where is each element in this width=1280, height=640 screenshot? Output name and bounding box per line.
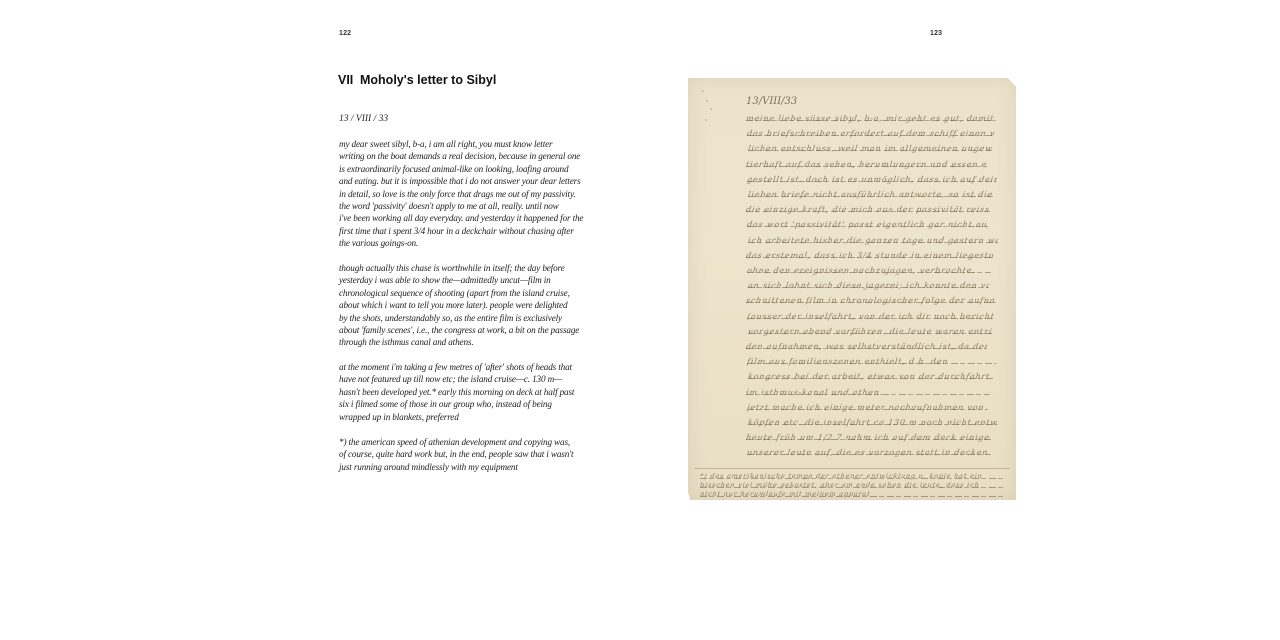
letter-footnote: *) the american speed of athenian develo… [339, 436, 599, 473]
handwritten-line: lieben briefe nicht ausführlich antworte… [747, 190, 995, 200]
text-line: i've been working all day everyday. and … [339, 212, 599, 224]
text-line: six i filmed some of those in our group … [339, 398, 599, 410]
handwritten-line: das wort 'passivität' passt eigentlich g… [746, 220, 988, 230]
handwritten-line: ohne den ereignissen nachzujagen, verbra… [746, 266, 991, 276]
text-line: chronological sequence of shooting (apar… [339, 287, 599, 299]
handwritten-line: gestellt ist. doch ist es unmöglich, das… [746, 175, 997, 185]
text-line: hasn't been developed yet.* early this m… [339, 386, 599, 398]
handwritten-line: unserer leute auf, die es vorzogen statt… [746, 448, 991, 458]
text-line: through the isthmus canal and athens. [339, 336, 599, 348]
handwritten-line: ich arbeitete bisher die ganzen tage und… [747, 236, 998, 246]
paper-speck [706, 100, 708, 102]
chapter-number: VII [338, 73, 360, 87]
text-line: by the shots, understandably so, as the … [339, 312, 599, 324]
text-line: about which i want to tell you more late… [339, 299, 599, 311]
handwritten-line: kongress bei der arbeit, etwas von der d… [747, 372, 995, 382]
letter-paragraph-3: at the moment i'm taking a few metres of… [339, 361, 599, 423]
text-line: about 'family scenes', i.e., the congres… [339, 324, 599, 336]
letter-date: 13 / VIII / 33 [339, 114, 388, 124]
right-page-number: 123 [930, 30, 942, 37]
handwritten-line: an sich lohnt sich diese jagerei; ich ko… [747, 281, 989, 291]
chapter-title-text: Moholy's letter to Sibyl [360, 73, 496, 87]
text-line: yesterday i was able to show the—admitte… [339, 274, 599, 286]
text-line: of course, quite hard work but, in the e… [339, 448, 599, 460]
text-line: just running around mindlessly with my e… [339, 461, 599, 473]
handwritten-line: im isthmus-kanal und athen. [745, 388, 990, 398]
handwritten-line: köpfen etc. die inselfahrt ca 130 m noch… [747, 418, 998, 428]
text-line: is extraordinarily focused animal-like o… [339, 163, 599, 175]
text-line: have not featured up till now etc; the i… [339, 373, 599, 385]
paper-speck [702, 90, 704, 92]
text-line: and eating. but it is impossible that i … [339, 175, 599, 187]
paper-speck [710, 108, 712, 110]
handwritten-line: schnittenen film in chronologischer folg… [745, 296, 996, 306]
handwritten-line: jetzt mache ich einige meter nachaufnahm… [746, 403, 988, 413]
handwritten-line: (ausser der inselfahrt, von der ich dir … [746, 312, 994, 322]
handwritten-line: film aus familienszenen enthielt, d.h. d… [746, 357, 997, 367]
handwritten-footnote-line: nicht nur herumlaufe mit meinem apparat [699, 490, 1005, 500]
handwritten-line: lichen entschluss, weil man im allgemein… [747, 144, 992, 154]
handwritten-line: vorgestern abend vorführen. die leute wa… [747, 327, 992, 337]
paper-speck [705, 119, 707, 121]
handwritten-line: heute früh um 1/2 7 nahm ich auf dem dec… [745, 433, 993, 443]
text-line: the word 'passivity' doesn't apply to me… [339, 200, 599, 212]
text-line: my dear sweet sibyl, b-a, i am all right… [339, 138, 599, 150]
handwritten-line: tierhaft auf das sehen, herumlungern und… [745, 160, 987, 170]
text-line: *) the american speed of athenian develo… [339, 436, 599, 448]
text-line: first time that i spent 3/4 hour in a de… [339, 225, 599, 237]
letter-paragraph-2: though actually this chase is worthwhile… [339, 262, 599, 349]
text-line: though actually this chase is worthwhile… [339, 262, 599, 274]
text-line: writing on the boat demands a real decis… [339, 150, 599, 162]
handwritten-line: meine liebe süsse sibyl, b-a, mir geht e… [745, 114, 996, 124]
handwritten-line: das briefschreiben erfordert auf dem sch… [746, 129, 994, 139]
handwritten-line: den aufnahmen, was selbstverständlich is… [745, 342, 987, 352]
chapter-title: VIIMoholy's letter to Sibyl [338, 73, 496, 87]
left-page-number: 122 [339, 30, 351, 37]
text-line: at the moment i'm taking a few metres of… [339, 361, 599, 373]
text-line: in detail, so love is the only force tha… [339, 188, 599, 200]
handwritten-letter-image: 13/VIII/33 meine liebe süsse sibyl, b-a,… [688, 78, 1016, 500]
handwritten-line: das erstemal, dass ich 3/4 stunde in ein… [745, 251, 993, 261]
text-line: wrapped up in blankets, preferred [339, 411, 599, 423]
handwritten-date: 13/VIII/33 [746, 96, 797, 107]
text-line: the various goings-on. [339, 237, 599, 249]
handwritten-line: die einzige kraft, die mich aus der pass… [745, 205, 990, 215]
footnote-divider [694, 468, 1010, 469]
letter-paragraph-1: my dear sweet sibyl, b-a, i am all right… [339, 138, 599, 250]
